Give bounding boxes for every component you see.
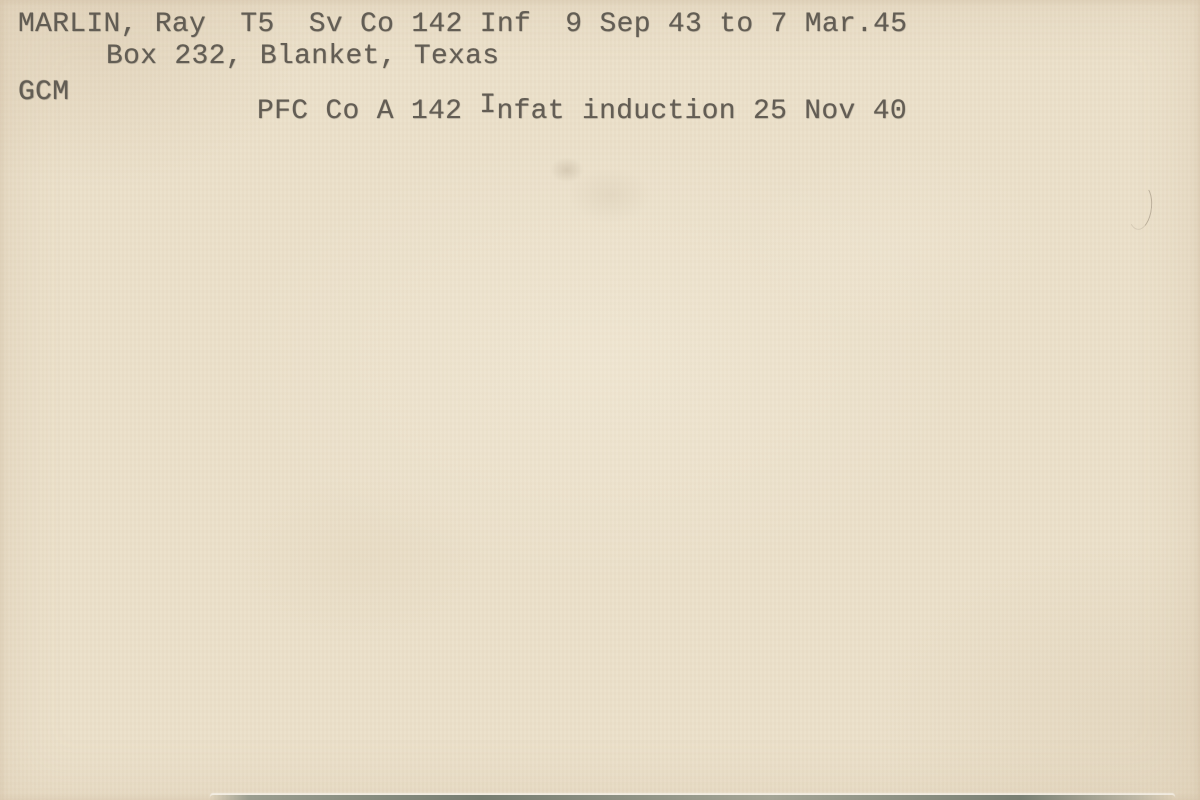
paper-crease-mark — [1126, 183, 1155, 231]
induction-text-rest: nfat induction 25 Nov 40 — [496, 96, 906, 127]
record-line-address: Box 232, Blanket, Texas — [106, 43, 499, 71]
record-line-name-unit-dates: MARLIN, Ray T5 Sv Co 142 Inf 9 Sep 43 to… — [18, 11, 907, 39]
record-line-gcm: GCM — [18, 79, 69, 107]
card-bottom-edge-shadow — [210, 795, 1175, 800]
index-card-scan: MARLIN, Ray T5 Sv Co 142 Inf 9 Sep 43 to… — [0, 0, 1200, 800]
induction-raised-letter: I — [479, 92, 496, 120]
record-line-induction: PFC Co A 142 Infat induction 25 Nov 40 — [257, 98, 907, 126]
induction-text-prefix: PFC Co A 142 — [257, 96, 479, 127]
